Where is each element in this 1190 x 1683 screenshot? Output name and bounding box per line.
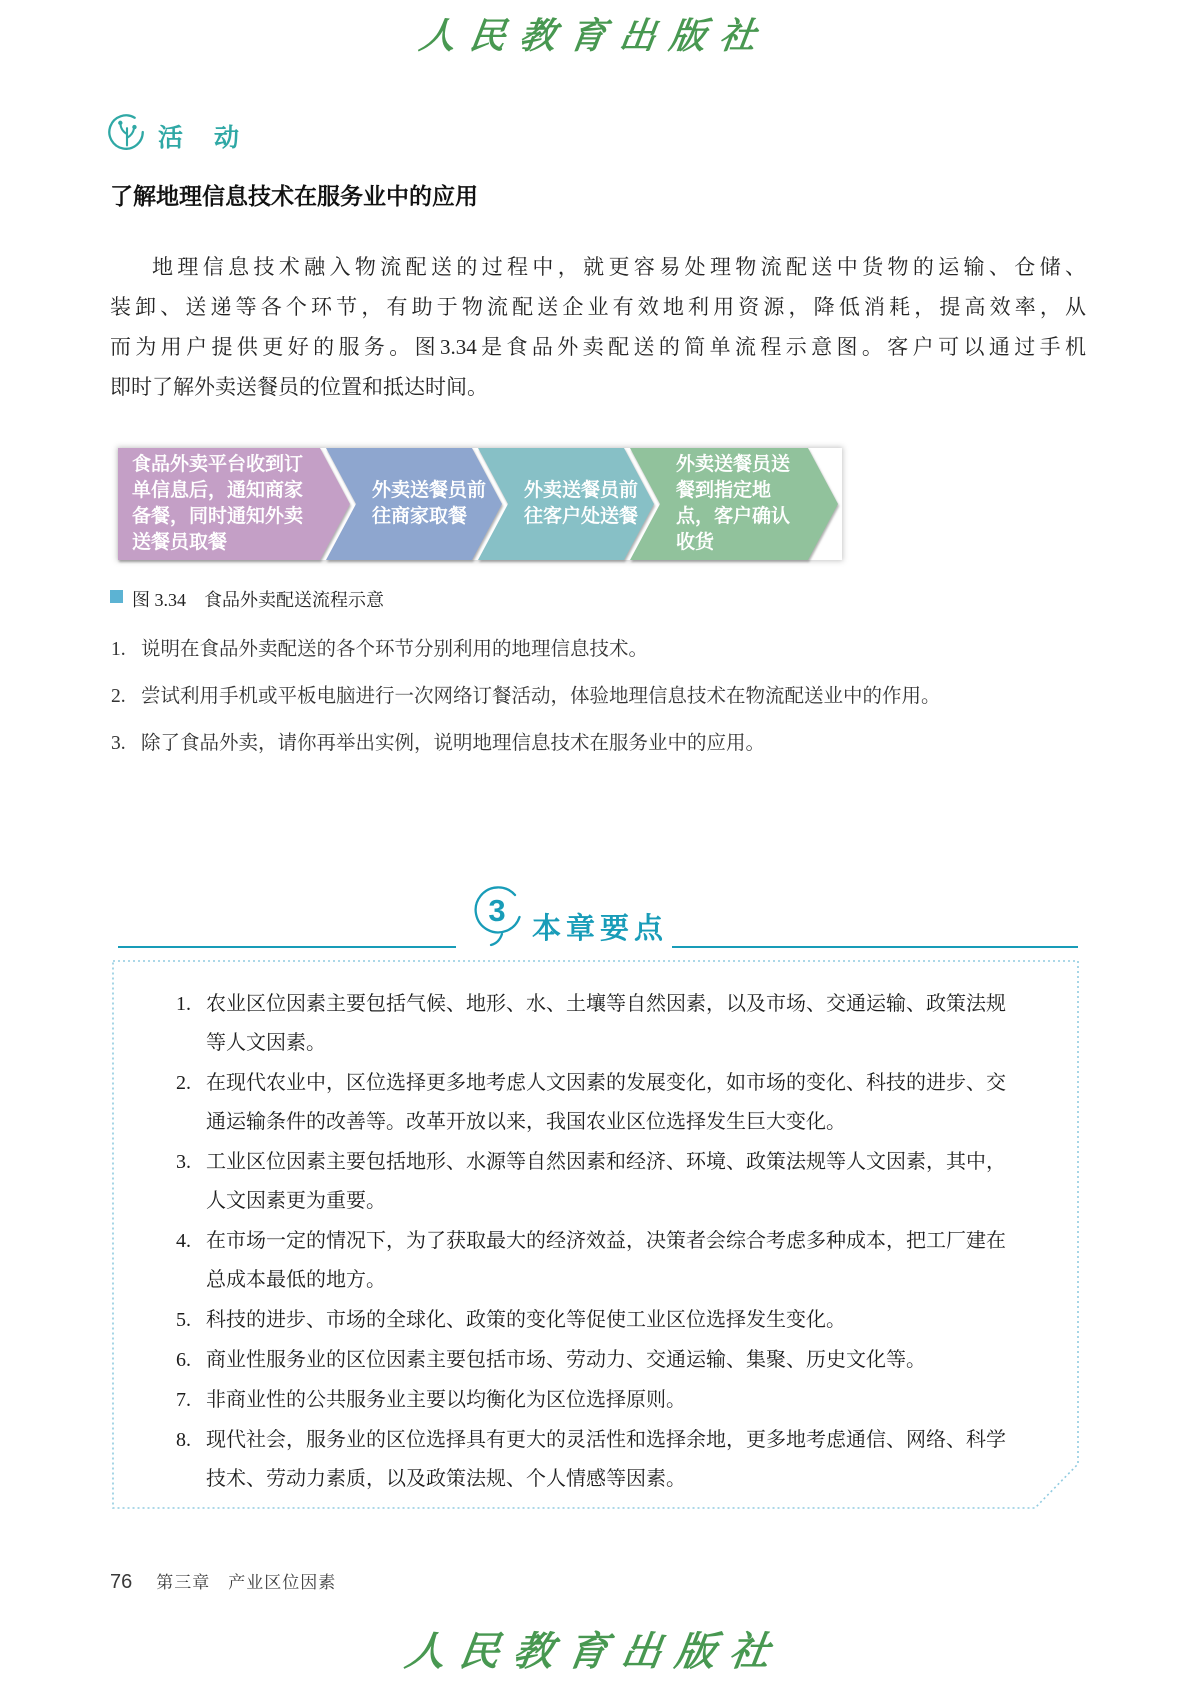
question-text: 除了食品外卖，请你再举出实例，说明地理信息技术在服务业中的应用。 — [141, 733, 765, 754]
flow-step-text: 食品外卖平台收到订单信息后，通知商家备餐，同时通知外卖送餐员取餐 — [132, 452, 314, 556]
summary-points: 1. 农业区位因素主要包括气候、地形、水、土壤等自然因素，以及市场、交通运输、政… — [176, 985, 1018, 1500]
flow-step-1: 食品外卖平台收到订单信息后，通知商家备餐，同时通知外卖送餐员取餐 — [118, 448, 350, 560]
question-item: 3. 除了食品外卖，请你再举出实例，说明地理信息技术在服务业中的应用。 — [110, 731, 1070, 757]
figure-caption-text: 图 3.34 食品外卖配送流程示意 — [132, 586, 384, 612]
point-text: 在市场一定的情况下，为了获取最大的经济效益，决策者会综合考虑多种成本，把工厂建在… — [206, 1222, 1018, 1300]
intro-paragraph: 地理信息技术融入物流配送的过程中，就更容易处理物流配送中货物的运输、仓储、 装卸… — [110, 247, 1086, 407]
sprout-activity-icon — [106, 112, 148, 159]
summary-point: 3. 工业区位因素主要包括地形、水源等自然因素和经济、环境、政策法规等人文因素，… — [176, 1143, 1018, 1221]
point-number: 7. — [176, 1381, 191, 1420]
figure-caption: 图 3.34 食品外卖配送流程示意 — [110, 586, 384, 612]
question-text: 尝试利用手机或平板电脑进行一次网络订餐活动，体验地理信息技术在物流配送业中的作用… — [141, 686, 941, 707]
paragraph-line: 装卸、送递等各个环节，有助于物流配送企业有效地利用资源，降低消耗，提高效率，从 — [110, 287, 1086, 327]
summary-point: 6. 商业性服务业的区位因素主要包括市场、劳动力、交通运输、集聚、历史文化等。 — [176, 1341, 1018, 1380]
point-number: 8. — [176, 1421, 191, 1460]
chapter-summary-title: 本章要点 — [532, 906, 668, 947]
point-text: 农业区位因素主要包括气候、地形、水、土壤等自然因素，以及市场、交通运输、政策法规… — [206, 985, 1018, 1063]
paragraph-line: 地理信息技术融入物流配送的过程中，就更容易处理物流配送中货物的运输、仓储、 — [110, 247, 1086, 287]
point-number: 2. — [176, 1064, 191, 1103]
flow-step-arrow: 食品外卖平台收到订单信息后，通知商家备餐，同时通知外卖送餐员取餐 — [118, 448, 350, 560]
summary-point: 7. 非商业性的公共服务业主要以均衡化为区位选择原则。 — [176, 1381, 1018, 1420]
activity-header: 活 动 — [106, 112, 251, 159]
flow-step-arrow: 外卖送餐员前往商家取餐 — [326, 448, 502, 560]
flow-step-text: 外卖送餐员送餐到指定地点，客户确认收货 — [676, 452, 808, 556]
point-number: 3. — [176, 1143, 191, 1182]
point-text: 现代社会，服务业的区位选择具有更大的灵活性和选择余地，更多地考虑通信、网络、科学… — [206, 1421, 1018, 1499]
delivery-flow-diagram: 食品外卖平台收到订单信息后，通知商家备餐，同时通知外卖送餐员取餐 外卖送餐员前往… — [118, 448, 842, 560]
page-footer: 76 第三章 产业区位因素 — [110, 1568, 336, 1594]
paragraph-line: 而为用户提供更好的服务。图3.34是食品外卖配送的简单流程示意图。客户可以通过手… — [110, 327, 1086, 367]
flow-step-arrow: 外卖送餐员前往客户处送餐 — [478, 448, 654, 560]
chapter-label: 第三章 产业区位因素 — [156, 1568, 336, 1593]
point-number: 5. — [176, 1301, 191, 1340]
flow-step-3: 外卖送餐员前往客户处送餐 — [478, 448, 654, 560]
question-text: 说明在食品外卖配送的各个环节分别利用的地理信息技术。 — [141, 639, 648, 660]
page-number: 76 — [110, 1571, 132, 1594]
activity-heading: 了解地理信息技术在服务业中的应用 — [110, 178, 478, 211]
summary-point: 8. 现代社会，服务业的区位选择具有更大的灵活性和选择余地，更多地考虑通信、网络… — [176, 1421, 1018, 1499]
summary-point: 5. 科技的进步、市场的全球化、政策的变化等促使工业区位选择发生变化。 — [176, 1301, 1018, 1340]
question-item: 2. 尝试利用手机或平板电脑进行一次网络订餐活动，体验地理信息技术在物流配送业中… — [110, 684, 1070, 710]
point-text: 非商业性的公共服务业主要以均衡化为区位选择原则。 — [206, 1381, 1018, 1420]
point-text: 在现代农业中，区位选择更多地考虑人文因素的发展变化，如市场的变化、科技的进步、交… — [206, 1064, 1018, 1142]
summary-point: 2. 在现代农业中，区位选择更多地考虑人文因素的发展变化，如市场的变化、科技的进… — [176, 1064, 1018, 1142]
flow-step-text: 外卖送餐员前往客户处送餐 — [524, 478, 638, 530]
chapter-summary-header: 3 本章要点 — [112, 884, 1080, 956]
publisher-watermark-bottom: 人民教育出版社 — [0, 1620, 1190, 1677]
point-text: 工业区位因素主要包括地形、水源等自然因素和经济、环境、政策法规等人文因素，其中，… — [206, 1143, 1018, 1221]
header-rule-right — [672, 946, 1078, 948]
flow-step-text: 外卖送餐员前往商家取餐 — [372, 478, 486, 530]
point-number: 1. — [176, 985, 191, 1024]
point-number: 4. — [176, 1222, 191, 1261]
point-number: 6. — [176, 1341, 191, 1380]
flow-step-2: 外卖送餐员前往商家取餐 — [326, 448, 502, 560]
publisher-watermark-top: 人民教育出版社 — [0, 8, 1190, 59]
question-item: 1. 说明在食品外卖配送的各个环节分别利用的地理信息技术。 — [110, 637, 1070, 663]
chapter-summary-box: 1. 农业区位因素主要包括气候、地形、水、土壤等自然因素，以及市场、交通运输、政… — [112, 960, 1080, 1510]
chapter-number-circle: 3 — [472, 884, 526, 959]
activity-label: 活 动 — [158, 118, 251, 154]
caption-marker-icon — [110, 590, 123, 603]
point-text: 科技的进步、市场的全球化、政策的变化等促使工业区位选择发生变化。 — [206, 1301, 1018, 1340]
chapter-number: 3 — [488, 893, 505, 928]
textbook-page: 人民教育出版社 活 动 了解地理信息技术在服务业中的应用 地理信息技术融入物流配… — [0, 0, 1190, 1683]
point-text: 商业性服务业的区位因素主要包括市场、劳动力、交通运输、集聚、历史文化等。 — [206, 1341, 1018, 1380]
question-number: 3. — [111, 731, 126, 757]
paragraph-line: 即时了解外卖送餐员的位置和抵达时间。 — [110, 367, 1086, 407]
activity-questions: 1. 说明在食品外卖配送的各个环节分别利用的地理信息技术。 2. 尝试利用手机或… — [110, 637, 1070, 778]
summary-point: 1. 农业区位因素主要包括气候、地形、水、土壤等自然因素，以及市场、交通运输、政… — [176, 985, 1018, 1063]
question-number: 1. — [111, 637, 126, 663]
flow-step-arrow: 外卖送餐员送餐到指定地点，客户确认收货 — [630, 448, 838, 560]
summary-point: 4. 在市场一定的情况下，为了获取最大的经济效益，决策者会综合考虑多种成本，把工… — [176, 1222, 1018, 1300]
flow-step-4: 外卖送餐员送餐到指定地点，客户确认收货 — [630, 448, 838, 560]
header-rule-left — [118, 946, 456, 948]
question-number: 2. — [111, 684, 126, 710]
